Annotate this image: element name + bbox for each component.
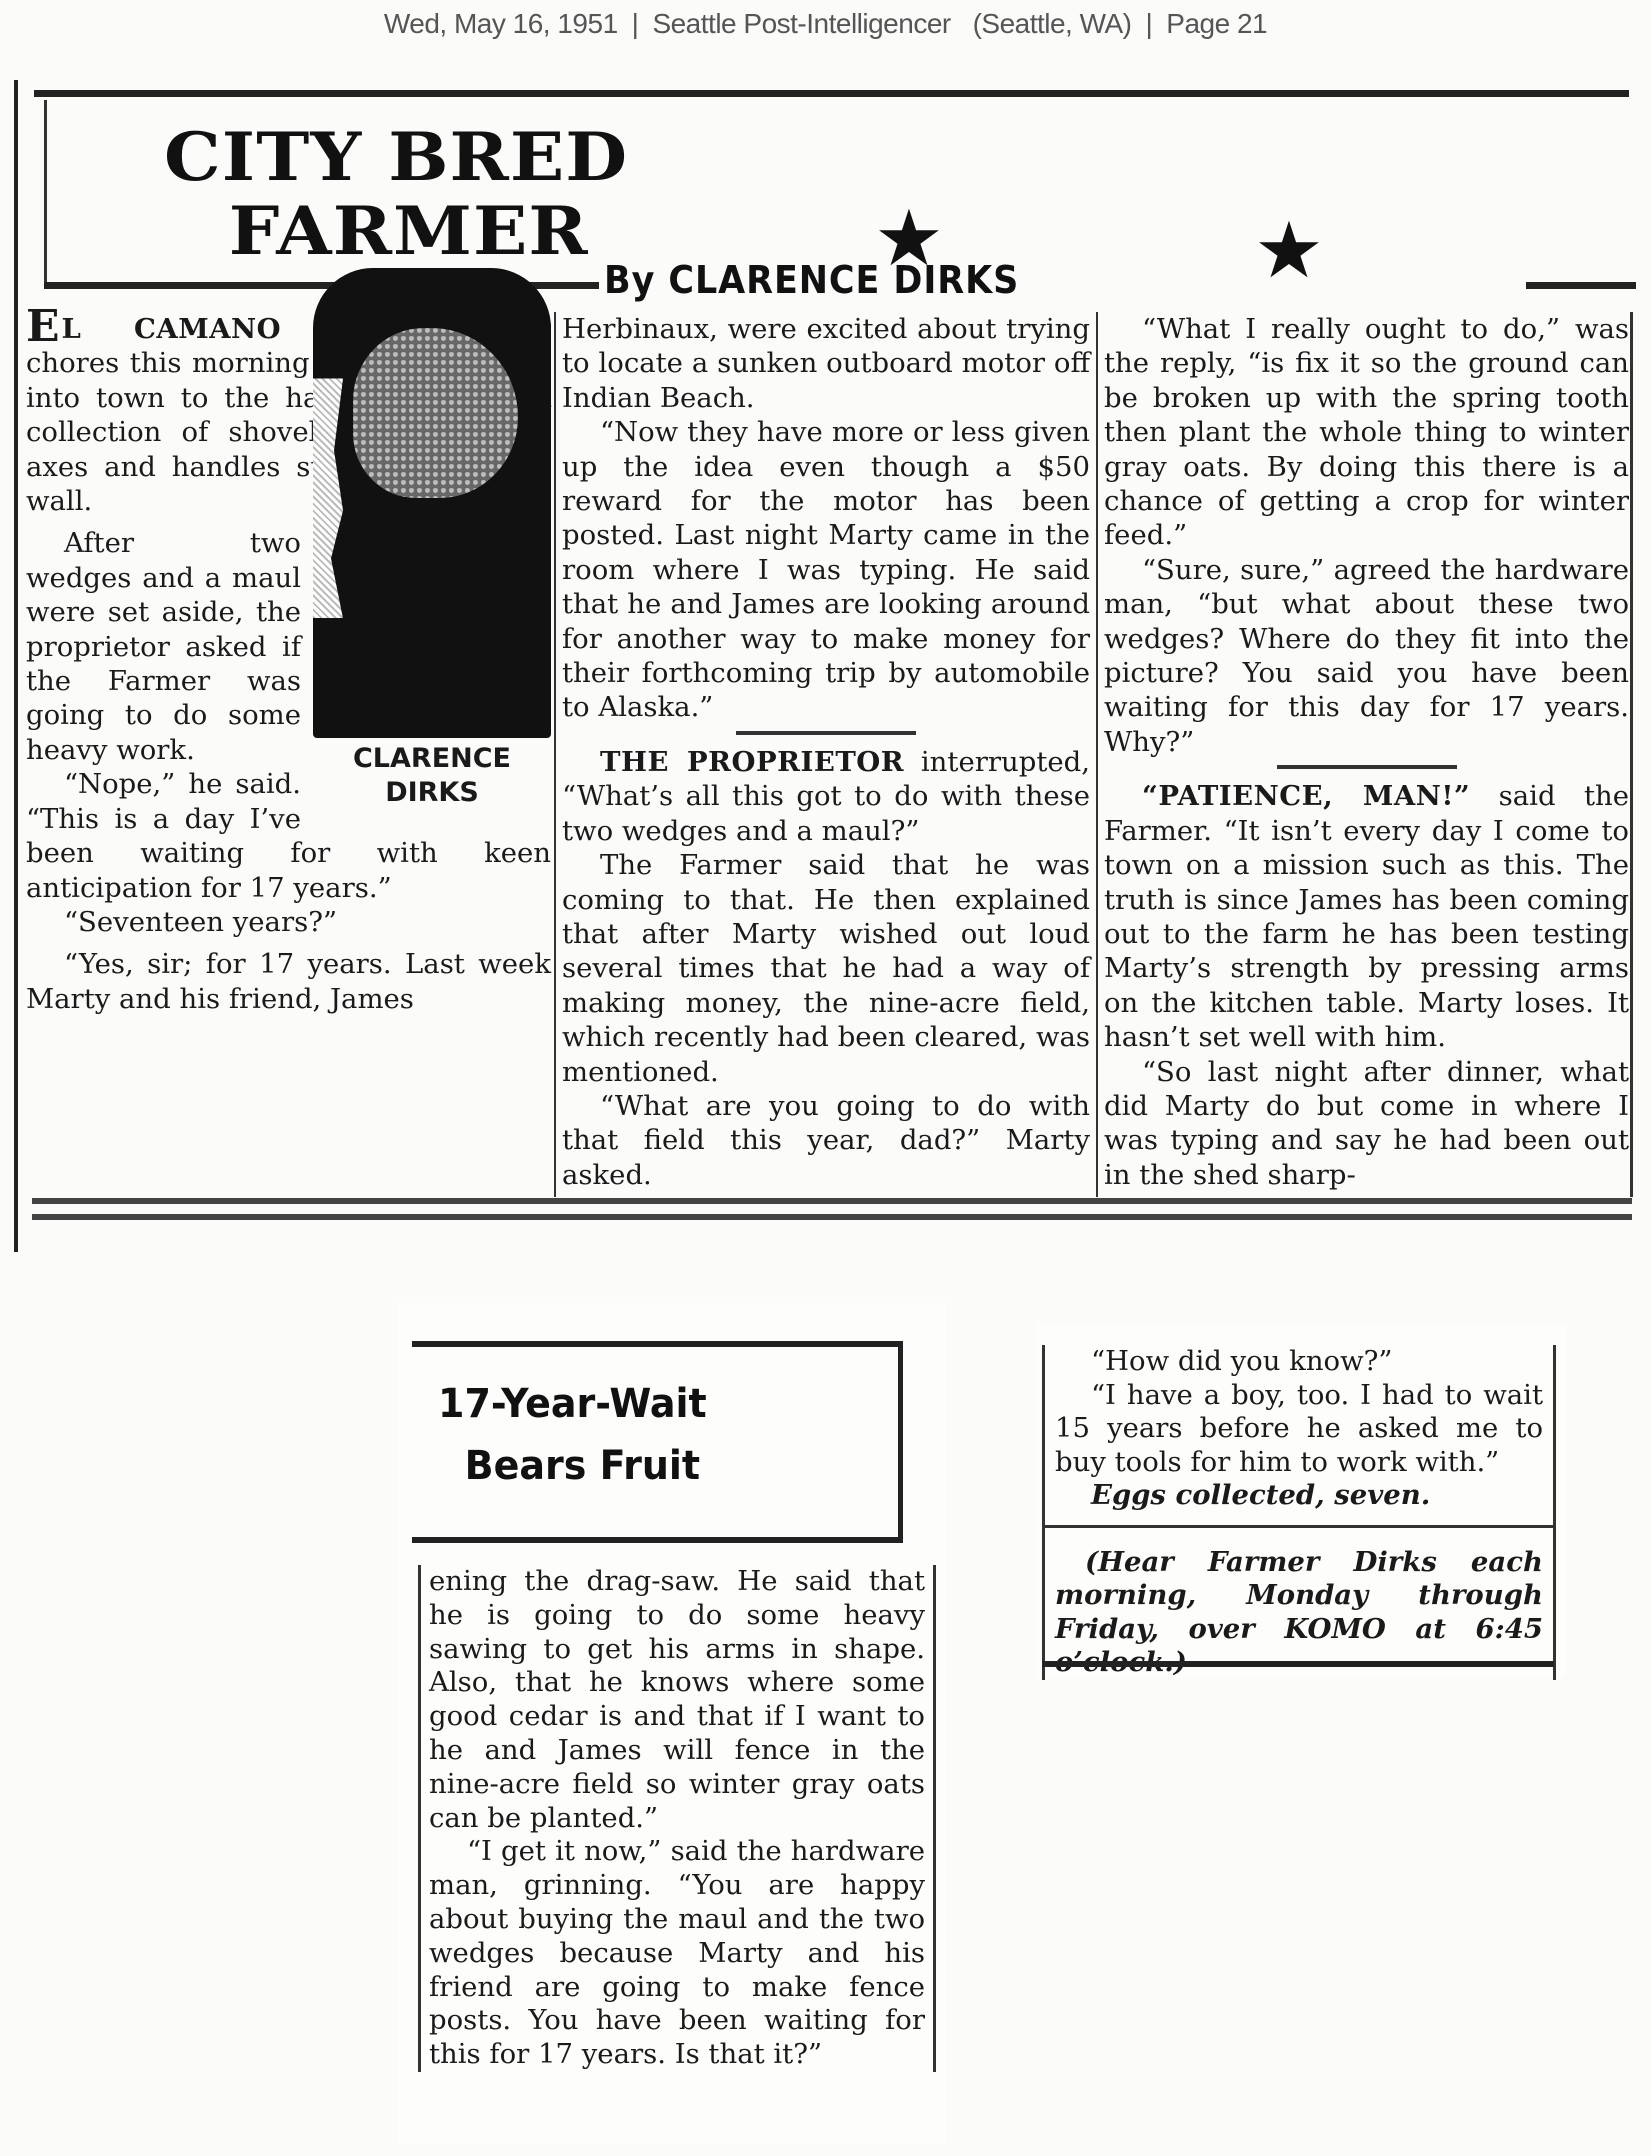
caption-line-2: DIRKS (385, 777, 479, 808)
publication-name: Seattle Post-Intelligencer (652, 8, 950, 39)
paragraph: “Yes, sir; for 17 years. Last week Marty… (26, 947, 551, 1016)
section-rule (1277, 765, 1457, 769)
article-column-3: “What I really ought to do,” was the rep… (1104, 312, 1629, 1192)
article-column-1: EL CAMANO RANCH—After chores this mornin… (26, 312, 551, 1016)
bottom-rules (32, 1198, 1632, 1230)
drop-cap: E (26, 312, 60, 342)
paragraph: “How did you know?” (1055, 1345, 1543, 1379)
separator: | (632, 8, 639, 39)
portrait-hair (353, 328, 518, 498)
continuation-headline: 17-Year-Wait Bears Fruit (438, 1373, 707, 1497)
paragraph: “Seventeen years?” (26, 905, 551, 939)
right-border-rule (1630, 312, 1633, 1197)
ending-body: “How did you know?” “I have a boy, too. … (1042, 1345, 1556, 1680)
main-clipping: CITY BRED FARMER ★ ★ By CLARENCE DIRKS E… (14, 80, 1636, 1252)
headline-line-1: 17-Year-Wait (438, 1381, 707, 1427)
title-line-2: FARMER (164, 194, 628, 268)
paragraph: “I get it now,” said the hardware man, g… (429, 1835, 925, 2072)
bottom-rule (32, 1214, 1632, 1220)
article-column-2: Herbinaux, were excited about trying to … (562, 312, 1090, 1192)
portrait-profile (313, 378, 343, 618)
paragraph: “Sure, sure,” agreed the hardware man, “… (1104, 553, 1629, 759)
paragraph: “So last night after dinner, what did Ma… (1104, 1055, 1629, 1193)
byline-rule-right (1526, 282, 1636, 289)
portrait-photo-icon (313, 268, 551, 738)
paragraph: ening the drag-saw. He said that he is g… (429, 1565, 925, 1835)
paragraph: “What I really ought to do,” was the rep… (1104, 312, 1629, 553)
issue-date: Wed, May 16, 1951 (384, 8, 618, 39)
ending-clipping: “How did you know?” “I have a boy, too. … (1036, 1323, 1566, 1678)
paragraph: Herbinaux, were excited about trying to … (562, 312, 1090, 415)
masthead-top-rule (34, 90, 1629, 97)
continuation-clipping: 17-Year-Wait Bears Fruit ening the drag-… (398, 1303, 946, 2143)
paragraph: “I have a boy, too. I had to wait 15 yea… (1055, 1379, 1543, 1480)
headline-line-2: Bears Fruit (438, 1435, 707, 1497)
separator: | (1146, 8, 1153, 39)
continuation-body: ening the drag-saw. He said that he is g… (418, 1565, 936, 2072)
caption-line-1: CLARENCE (353, 743, 511, 774)
paragraph: “What are you going to do with that fiel… (562, 1089, 1090, 1192)
column-title: CITY BRED FARMER (164, 120, 628, 268)
byline: By CLARENCE DIRKS (604, 258, 1019, 302)
byline-row: By CLARENCE DIRKS (44, 258, 1636, 304)
bottom-rule (32, 1198, 1632, 1204)
radio-note: (Hear Farmer Dirks each morning, Monday … (1055, 1546, 1543, 1680)
portrait-caption: CLARENCE DIRKS (313, 742, 551, 810)
paragraph: The Farmer said that he was coming to th… (562, 848, 1090, 1089)
author-portrait: CLARENCE DIRKS (313, 268, 551, 810)
column-divider (1096, 312, 1098, 1197)
left-border-rule (14, 80, 18, 1252)
section-lead: THE PROPRIETOR (600, 746, 904, 778)
paragraph: said the Farmer. “It isn’t every day I c… (1104, 780, 1629, 1053)
page-number: Page 21 (1166, 8, 1267, 39)
archive-header: Wed, May 16, 1951|Seattle Post-Intellige… (0, 8, 1651, 40)
publication-location: (Seattle, WA) (973, 8, 1132, 39)
section-rule (736, 731, 916, 735)
ending-bottom-rule (1042, 1661, 1554, 1667)
ending-divider (1045, 1525, 1553, 1528)
title-line-1: CITY BRED (164, 118, 628, 196)
signoff: Eggs collected, seven. (1055, 1479, 1543, 1513)
masthead: CITY BRED FARMER ★ ★ (34, 90, 1629, 285)
paragraph: “Now they have more or less given up the… (562, 415, 1090, 725)
section-lead: “PATIENCE, MAN!” (1142, 780, 1470, 812)
column-divider (554, 312, 556, 1197)
